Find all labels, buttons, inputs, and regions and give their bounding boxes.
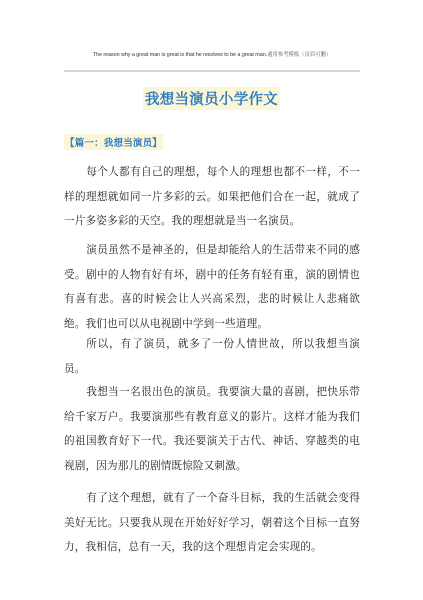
body-paragraph: 我想当一名很出色的演员。我要演大量的喜剧，把快乐带给千家万户。我要演那些有教育意… xyxy=(64,380,360,478)
header-note: 通用参考模板（页眉可删） xyxy=(267,52,331,58)
section-heading: 【篇一：我想当演员】 xyxy=(64,134,163,150)
body-paragraph: 每个人都有自己的理想，每个人的理想也都不一样，不一样的理想就如同一片多彩的云。如… xyxy=(64,160,360,234)
header-quote: The reason why a great man is great is t… xyxy=(93,52,267,58)
document-title: 我想当演员小学作文 xyxy=(143,87,280,110)
page-header: The reason why a great man is great is t… xyxy=(64,50,360,58)
title-container: 我想当演员小学作文 xyxy=(0,87,423,110)
body-paragraph: 演员虽然不是神圣的，但是却能给人的生活带来不同的感受。剧中的人物有好有坏，剧中的… xyxy=(64,238,360,336)
header-divider xyxy=(64,70,360,72)
body-paragraph: 所以，有了演员，就多了一份人情世故，所以我想当演员。 xyxy=(64,332,360,381)
body-paragraph: 有了这个理想，就有了一个奋斗目标，我的生活就会变得美好无比。只要我从现在开始好好… xyxy=(64,486,360,560)
